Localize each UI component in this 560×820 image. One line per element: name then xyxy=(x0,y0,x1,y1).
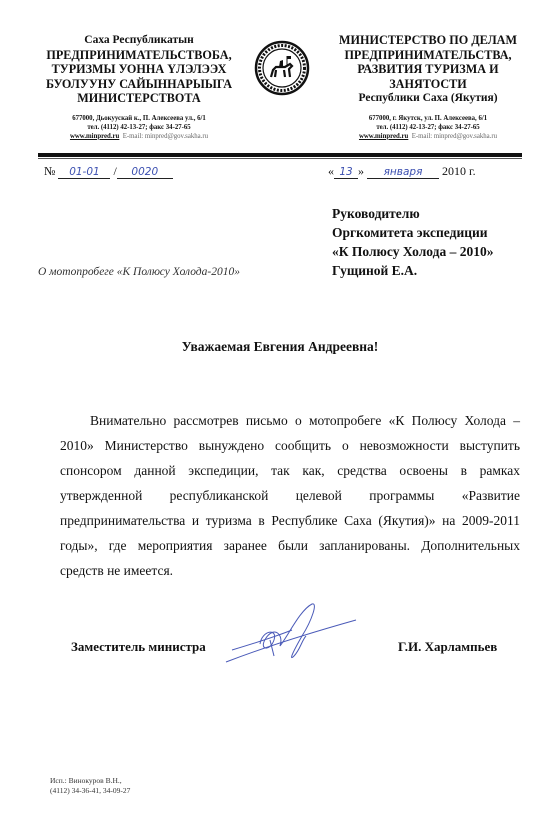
header-right-contacts: 677000, г. Якутск, ул. П. Алексеева, 6/1… xyxy=(318,115,538,141)
header-left-line: ТУРИЗМЫ УОННА ҮЛЭЛЭЭХ xyxy=(28,62,250,77)
addressee-line: Оргкомитета экспедиции xyxy=(332,223,494,242)
header-left-line: БУОЛУУНУ САЙЫННАРЫЫГА xyxy=(28,77,250,92)
date-close-quote: » xyxy=(358,164,364,178)
header-left-line: ПРЕДПРИНИМАТЕЛЬСТВОБА, xyxy=(28,48,250,63)
header-right-line: ПРЕДПРИНИМАТЕЛЬСТВА, xyxy=(318,48,538,63)
header-left-org-name: Саха Республикатын ПРЕДПРИНИМАТЕЛЬСТВОБА… xyxy=(28,33,250,106)
coat-of-arms-emblem-icon xyxy=(254,40,310,96)
letter-body: Внимательно рассмотрев письмо о мотопроб… xyxy=(60,408,520,583)
header-left-address: 677000, Дьокуускай к., П. Алексеева ул.,… xyxy=(28,115,250,124)
header-right-line: Республики Саха (Якутия) xyxy=(318,91,538,106)
header-right-phone: тел. (4112) 42-13-27; факс 34-27-65 xyxy=(318,124,538,133)
signatory-name: Г.И. Харлампьев xyxy=(398,639,497,655)
header-left-email: E-mail: minpred@gov.sakha.ru xyxy=(123,133,208,140)
header-left-website-link[interactable]: www.minpred.ru xyxy=(70,133,119,140)
header-divider-thin xyxy=(38,158,522,159)
number-label: № xyxy=(44,164,55,178)
letter-subject: О мотопробеге «К Полюсу Холода-2010» xyxy=(38,266,240,278)
header-right-org-name: МИНИСТЕРСТВО ПО ДЕЛАМ ПРЕДПРИНИМАТЕЛЬСТВ… xyxy=(318,33,538,106)
date-day: 13 xyxy=(334,166,358,179)
number-part1: 01-01 xyxy=(58,166,110,179)
header-right-email: E-mail: minpred@gov.sakha.ru xyxy=(412,133,497,140)
handwritten-signature-icon xyxy=(222,600,362,680)
header-right-address: 677000, г. Якутск, ул. П. Алексеева, 6/1 xyxy=(318,115,538,124)
header-left-line: МИНИСТЕРСТВОТА xyxy=(28,91,250,106)
date-year: 2010 г. xyxy=(442,164,476,178)
addressee-block: Руководителю Оргкомитета экспедиции «К П… xyxy=(332,204,494,280)
letter-date: «13» января 2010 г. xyxy=(328,164,476,179)
header-right-line: МИНИСТЕРСТВО ПО ДЕЛАМ xyxy=(318,33,538,48)
executor-name: Исп.: Винокуров В.Н., xyxy=(50,776,130,786)
number-part2: 0020 xyxy=(117,166,173,179)
header-left-phone: тел. (4112) 42-13-27; факс 34-27-65 xyxy=(28,124,250,133)
header-right-line: ЗАНЯТОСТИ xyxy=(318,77,538,92)
addressee-line: «К Полюсу Холода – 2010» xyxy=(332,242,494,261)
header-left-contacts: 677000, Дьокуускай к., П. Алексеева ул.,… xyxy=(28,115,250,141)
executor-info: Исп.: Винокуров В.Н., (4112) 34-36-41, 3… xyxy=(50,776,130,796)
reference-number: № 01-01 /0020 xyxy=(44,164,173,179)
addressee-line: Гущиной Е.А. xyxy=(332,261,494,280)
executor-phones: (4112) 34-36-41, 34-09-27 xyxy=(50,786,130,796)
header-right-line: РАЗВИТИЯ ТУРИЗМА И xyxy=(318,62,538,77)
header-left-line: Саха Республикатын xyxy=(28,33,250,48)
addressee-line: Руководителю xyxy=(332,204,494,223)
header-right-website-link[interactable]: www.minpred.ru xyxy=(359,133,408,140)
header-divider xyxy=(38,153,522,157)
signatory-title: Заместитель министра xyxy=(71,639,206,655)
letter-greeting: Уважаемая Евгения Андреевна! xyxy=(0,339,560,355)
date-month: января xyxy=(367,166,439,179)
